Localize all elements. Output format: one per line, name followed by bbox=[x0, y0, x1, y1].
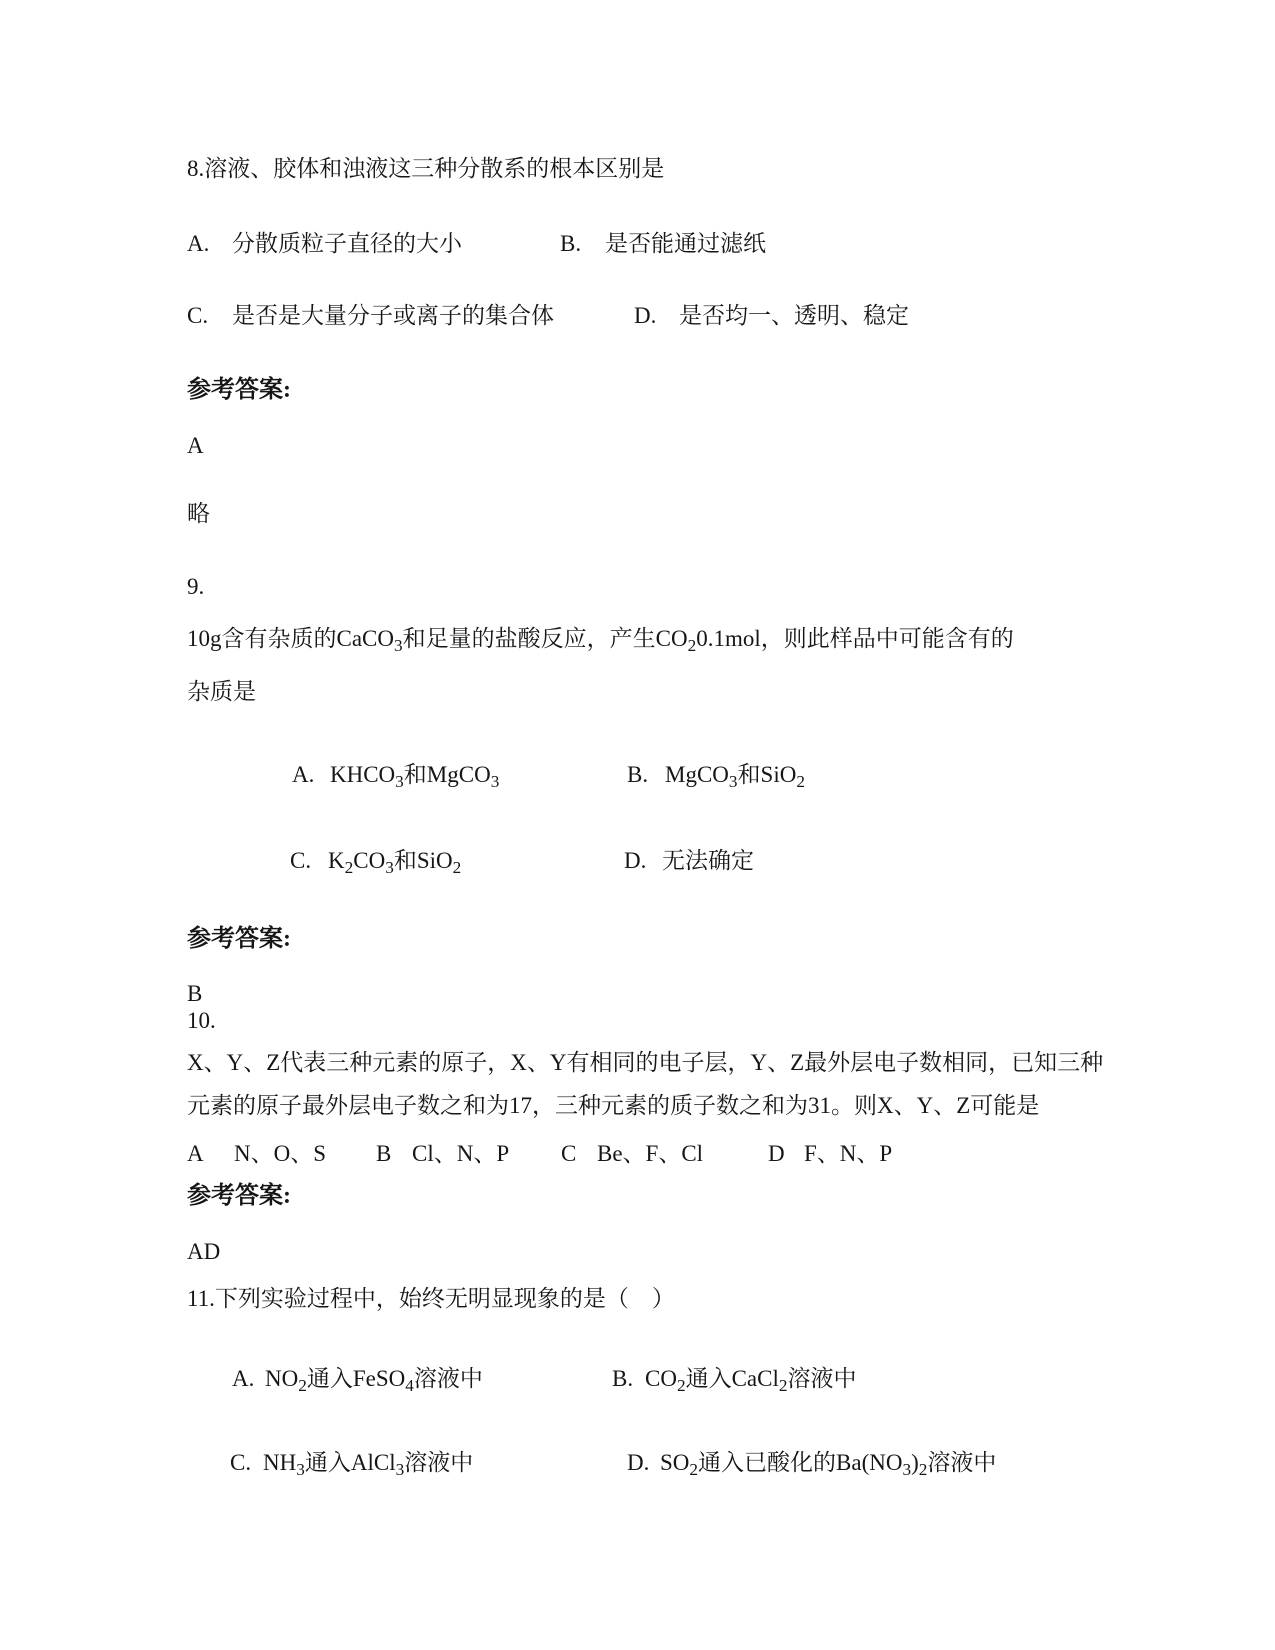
question-11-option-a: A.NO2通入FeSO4溶液中 bbox=[232, 1366, 483, 1392]
question-9-option-c: C.K2CO3和SiO2 bbox=[290, 848, 461, 874]
question-9-stem-line2: 杂质是 bbox=[187, 679, 256, 705]
exam-document-page: 8.溶液、胶体和浊液这三种分散系的根本区别是 A.分散质粒子直径的大小 B.是否… bbox=[0, 0, 1275, 1650]
option-text: 无法确定 bbox=[662, 848, 754, 873]
option-text: K2CO3和SiO2 bbox=[328, 848, 461, 873]
question-10-stem-line2: 元素的原子最外层电子数之和为17，三种元素的质子数之和为31。则X、Y、Z可能是 bbox=[187, 1093, 1039, 1119]
option-key: A bbox=[187, 1141, 234, 1167]
option-text: F、N、P bbox=[804, 1141, 892, 1166]
question-8-option-b: B.是否能通过滤纸 bbox=[560, 231, 766, 257]
question-9-option-d: D.无法确定 bbox=[624, 848, 754, 874]
option-text: KHCO3和MgCO3 bbox=[330, 762, 499, 787]
option-text: CO2通入CaCl2溶液中 bbox=[645, 1366, 856, 1391]
option-text: N、O、S bbox=[234, 1141, 326, 1166]
question-9-answer: B bbox=[187, 981, 202, 1007]
question-9-stem-line1: 10g含有杂质的CaCO3和足量的盐酸反应，产生CO20.1mol，则此样品中可… bbox=[187, 626, 1014, 652]
option-text: MgCO3和SiO2 bbox=[665, 762, 805, 787]
option-text: NH3通入AlCl3溶液中 bbox=[263, 1450, 473, 1475]
option-key: A. bbox=[232, 1366, 265, 1392]
question-10-option-a: AN、O、S bbox=[187, 1141, 326, 1167]
question-9-number: 9. bbox=[187, 574, 204, 600]
option-key: B. bbox=[612, 1366, 645, 1392]
question-11-title: 11.下列实验过程中，始终无明显现象的是（ ） bbox=[187, 1286, 675, 1312]
option-key: D. bbox=[627, 1450, 660, 1476]
question-10-answer: AD bbox=[187, 1239, 220, 1265]
reference-answer-label-1: 参考答案: bbox=[187, 377, 291, 405]
question-10-option-d: DF、N、P bbox=[768, 1141, 892, 1167]
question-9-option-a: A.KHCO3和MgCO3 bbox=[292, 762, 499, 788]
option-text: 是否能通过滤纸 bbox=[605, 231, 766, 256]
question-8-title: 8.溶液、胶体和浊液这三种分散系的根本区别是 bbox=[187, 156, 664, 182]
question-8-note: 略 bbox=[187, 501, 210, 527]
option-key: C. bbox=[230, 1450, 263, 1476]
option-text: 是否均一、透明、稳定 bbox=[679, 303, 909, 328]
question-11-option-d: D.SO2通入已酸化的Ba(NO3)2溶液中 bbox=[627, 1450, 996, 1476]
option-key: D. bbox=[624, 848, 662, 874]
option-key: C. bbox=[187, 303, 232, 329]
option-key: A. bbox=[187, 231, 232, 257]
question-8-answer: A bbox=[187, 433, 204, 459]
question-10-stem-line1: X、Y、Z代表三种元素的原子，X、Y有相同的电子层，Y、Z最外层电子数相同，已知… bbox=[187, 1050, 1103, 1076]
question-10-option-c: CBe、F、Cl bbox=[561, 1141, 703, 1167]
question-11-option-c: C.NH3通入AlCl3溶液中 bbox=[230, 1450, 473, 1476]
option-text: Be、F、Cl bbox=[597, 1141, 703, 1166]
option-key: D bbox=[768, 1141, 804, 1167]
option-text: Cl、N、P bbox=[412, 1141, 509, 1166]
reference-answer-label-3: 参考答案: bbox=[187, 1183, 291, 1211]
option-key: B. bbox=[560, 231, 605, 257]
option-key: C bbox=[561, 1141, 597, 1167]
question-9-option-b: B.MgCO3和SiO2 bbox=[627, 762, 805, 788]
question-8-option-d: D.是否均一、透明、稳定 bbox=[634, 303, 909, 329]
option-text: NO2通入FeSO4溶液中 bbox=[265, 1366, 483, 1391]
question-8-option-a: A.分散质粒子直径的大小 bbox=[187, 231, 462, 257]
option-key: B bbox=[376, 1141, 412, 1167]
question-11-option-b: B.CO2通入CaCl2溶液中 bbox=[612, 1366, 856, 1392]
option-key: A. bbox=[292, 762, 330, 788]
question-10-option-b: BCl、N、P bbox=[376, 1141, 509, 1167]
option-key: B. bbox=[627, 762, 665, 788]
option-text: SO2通入已酸化的Ba(NO3)2溶液中 bbox=[660, 1450, 996, 1475]
option-text: 是否是大量分子或离子的集合体 bbox=[232, 303, 554, 328]
question-10-number: 10. bbox=[187, 1008, 216, 1034]
option-text: 分散质粒子直径的大小 bbox=[232, 231, 462, 256]
reference-answer-label-2: 参考答案: bbox=[187, 926, 291, 954]
question-8-option-c: C.是否是大量分子或离子的集合体 bbox=[187, 303, 554, 329]
option-key: D. bbox=[634, 303, 679, 329]
option-key: C. bbox=[290, 848, 328, 874]
